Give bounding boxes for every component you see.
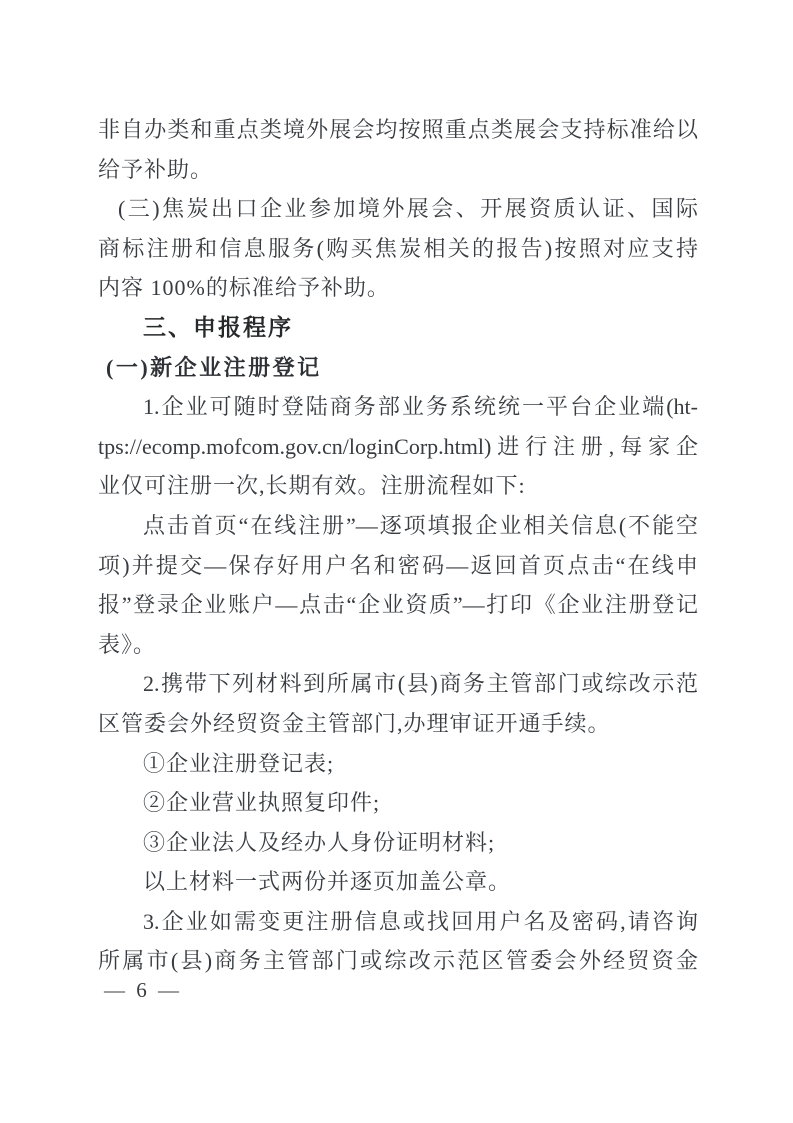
text-line: 点击首页“在线注册”—逐项填报企业相关信息(不能空 xyxy=(98,506,698,546)
text-line: 内容 100%的标准给予补助。 xyxy=(98,268,698,308)
text-line: 表》。 xyxy=(98,625,698,665)
subsection-heading: (一)新企业注册登记 xyxy=(98,348,698,388)
text-line: 项)并提交—保存好用户名和密码—返回首页点击“在线申 xyxy=(98,546,698,586)
text-line: ②企业营业执照复印件; xyxy=(98,783,698,823)
text-line: (三)焦炭出口企业参加境外展会、开展资质认证、国际 xyxy=(98,189,698,229)
text-line: 报”登录企业账户—点击“企业资质”—打印《企业注册登记 xyxy=(98,585,698,625)
text-line: 1.企业可随时登陆商务部业务系统统一平台企业端(ht- xyxy=(98,387,698,427)
text-line: 给予补助。 xyxy=(98,150,698,190)
document-body: 非自办类和重点类境外展会均按照重点类展会支持标准给以给予补助。(三)焦炭出口企业… xyxy=(98,110,698,981)
text-line: 3.企业如需变更注册信息或找回用户名及密码,请咨询 xyxy=(98,902,698,942)
text-line: 非自办类和重点类境外展会均按照重点类展会支持标准给以 xyxy=(98,110,698,150)
section-heading: 三、申报程序 xyxy=(98,308,698,348)
page-number: — 6 — xyxy=(104,974,182,1006)
document-page: 非自办类和重点类境外展会均按照重点类展会支持标准给以给予补助。(三)焦炭出口企业… xyxy=(0,0,793,1123)
text-line: ①企业注册登记表; xyxy=(98,744,698,784)
text-line: 2.携带下列材料到所属市(县)商务主管部门或综改示范 xyxy=(98,664,698,704)
text-line: tps://ecomp.mofcom.gov.cn/loginCorp.html… xyxy=(98,427,698,467)
text-line: 以上材料一式两份并逐页加盖公章。 xyxy=(98,862,698,902)
text-line: 所属市(县)商务主管部门或综改示范区管委会外经贸资金 xyxy=(98,941,698,981)
text-line: ③企业法人及经办人身份证明材料; xyxy=(98,823,698,863)
text-line: 业仅可注册一次,长期有效。注册流程如下: xyxy=(98,466,698,506)
text-line: 区管委会外经贸资金主管部门,办理审证开通手续。 xyxy=(98,704,698,744)
text-line: 商标注册和信息服务(购买焦炭相关的报告)按照对应支持 xyxy=(98,229,698,269)
